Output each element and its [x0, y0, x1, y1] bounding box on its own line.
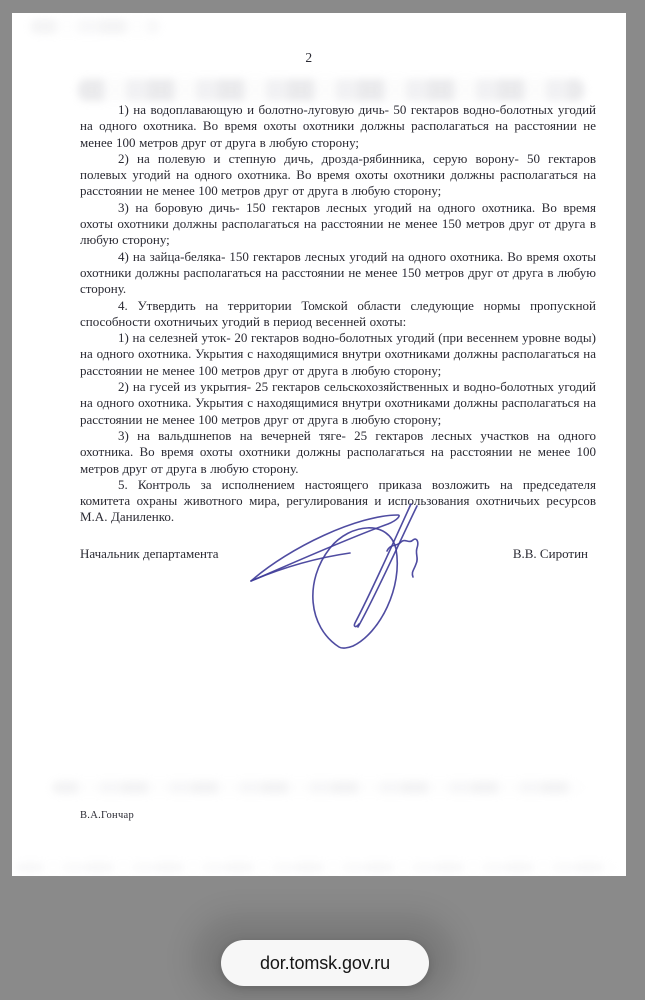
paragraph-norm-3: 3) на боровую дичь- 150 гектаров лесных …	[80, 200, 596, 249]
executor-name: В.А.Гончар	[80, 810, 134, 821]
scan-bleedthrough-artifact	[30, 19, 160, 34]
paragraph-spring-1: 1) на селезней уток- 20 гектаров водно-б…	[80, 330, 596, 379]
document-page: 2 1) на водоплавающую и болотно-луговую …	[12, 13, 626, 876]
paragraph-spring-3: 3) на вальдшнепов на вечерней тяге- 25 г…	[80, 428, 596, 477]
paragraph-norm-1: 1) на водоплавающую и болотно-луговую ди…	[80, 102, 596, 151]
scan-bleedthrough-artifact	[52, 781, 582, 794]
browser-viewport: { "document": { "page_number": "2", "par…	[0, 0, 645, 1000]
signatory-name: В.В. Сиротин	[513, 546, 588, 562]
scan-bleedthrough-artifact	[78, 79, 584, 101]
paragraph-norm-4: 4) на зайца-беляка- 150 гектаров лесных …	[80, 249, 596, 298]
browser-url-pill[interactable]: dor.tomsk.gov.ru	[221, 940, 429, 986]
scan-bleedthrough-artifact	[16, 863, 616, 872]
document-body: 1) на водоплавающую и болотно-луговую ди…	[80, 102, 596, 526]
handwritten-signature-ink	[240, 497, 435, 657]
paragraph-spring-2: 2) на гусей из укрытия- 25 гектаров сель…	[80, 379, 596, 428]
paragraph-item-4: 4. Утвердить на территории Томской облас…	[80, 298, 596, 331]
page-number: 2	[12, 50, 606, 66]
signatory-role: Начальник департамента	[80, 546, 219, 562]
url-text: dor.tomsk.gov.ru	[260, 953, 390, 974]
paragraph-norm-2: 2) на полевую и степную дичь, дрозда-ряб…	[80, 151, 596, 200]
